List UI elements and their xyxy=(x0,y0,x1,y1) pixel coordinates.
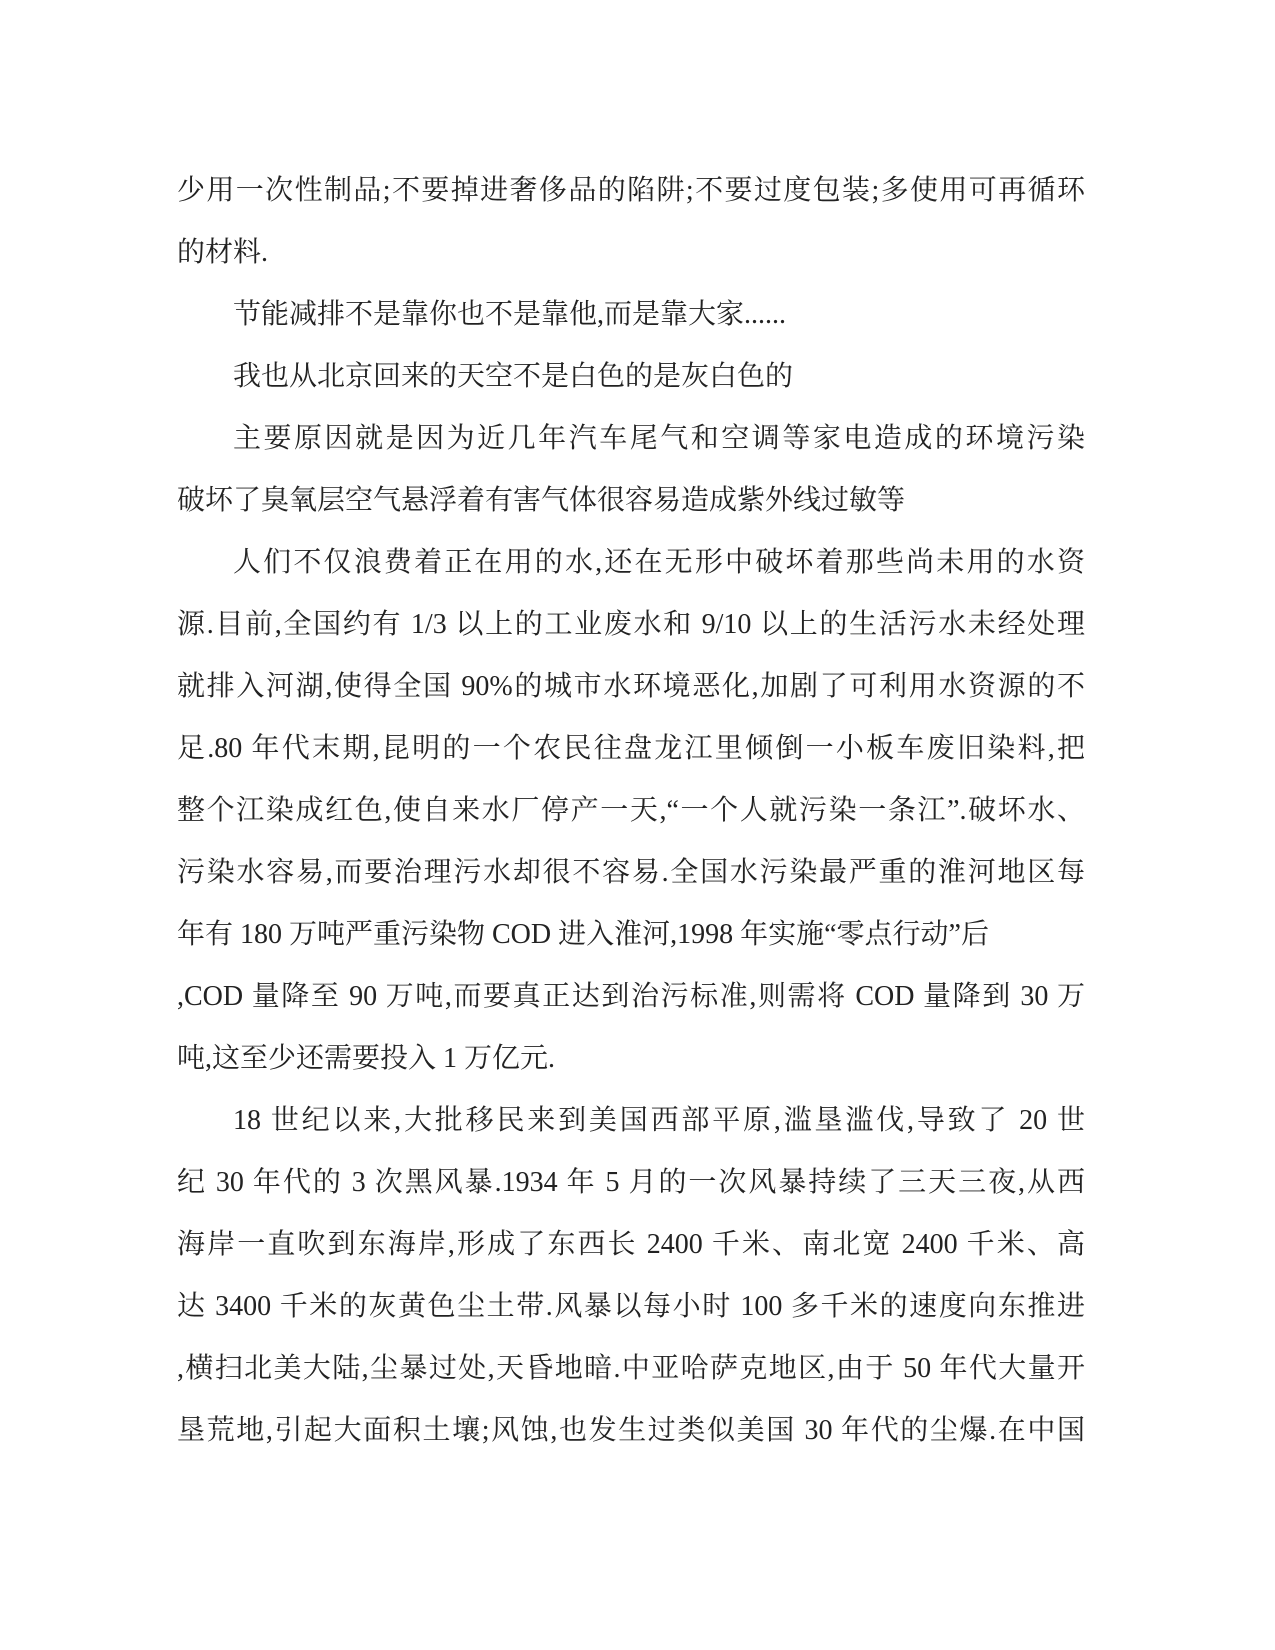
text-line: 污染水容易,而要治理污水却很不容易.全国水污染最严重的淮河地区每 xyxy=(177,842,1085,904)
text-line: 年有 180 万吨严重污染物 COD 进入淮河,1998 年实施“零点行动”后 xyxy=(177,904,1085,966)
text-line: 我也从北京回来的天空不是白色的是灰白色的 xyxy=(177,346,1085,408)
text-line: 就排入河湖,使得全国 90%的城市水环境恶化,加剧了可利用水资源的不 xyxy=(177,656,1085,718)
text-line: 节能减排不是靠你也不是靠他,而是靠大家...... xyxy=(177,284,1085,346)
text-line: ,COD 量降至 90 万吨,而要真正达到治污标准,则需将 COD 量降到 30… xyxy=(177,966,1085,1028)
text-line: 的材料. xyxy=(177,222,1085,284)
text-line: 主要原因就是因为近几年汽车尾气和空调等家电造成的环境污染 xyxy=(177,408,1085,470)
text-line: ,横扫北美大陆,尘暴过处,天昏地暗.中亚哈萨克地区,由于 50 年代大量开 xyxy=(177,1338,1085,1400)
text-line: 吨,这至少还需要投入 1 万亿元. xyxy=(177,1028,1085,1090)
text-line: 人们不仅浪费着正在用的水,还在无形中破坏着那些尚未用的水资 xyxy=(177,532,1085,594)
text-line: 破坏了臭氧层空气悬浮着有害气体很容易造成紫外线过敏等 xyxy=(177,470,1085,532)
text-line: 海岸一直吹到东海岸,形成了东西长 2400 千米、南北宽 2400 千米、高 xyxy=(177,1214,1085,1276)
text-line: 源.目前,全国约有 1/3 以上的工业废水和 9/10 以上的生活污水未经处理 xyxy=(177,594,1085,656)
text-line: 纪 30 年代的 3 次黑风暴.1934 年 5 月的一次风暴持续了三天三夜,从… xyxy=(177,1152,1085,1214)
document-page: 少用一次性制品;不要掉进奢侈品的陷阱;不要过度包装;多使用可再循环的材料.节能减… xyxy=(0,0,1275,1650)
text-line: 整个江染成红色,使自来水厂停产一天,“一个人就污染一条江”.破坏水、 xyxy=(177,780,1085,842)
text-line: 垦荒地,引起大面积土壤;风蚀,也发生过类似美国 30 年代的尘爆.在中国 xyxy=(177,1400,1085,1462)
text-line: 足.80 年代末期,昆明的一个农民往盘龙江里倾倒一小板车废旧染料,把 xyxy=(177,718,1085,780)
text-line: 达 3400 千米的灰黄色尘土带.风暴以每小时 100 多千米的速度向东推进 xyxy=(177,1276,1085,1338)
text-line: 少用一次性制品;不要掉进奢侈品的陷阱;不要过度包装;多使用可再循环 xyxy=(177,160,1085,222)
text-line: 18 世纪以来,大批移民来到美国西部平原,滥垦滥伐,导致了 20 世 xyxy=(177,1090,1085,1152)
text-block: 少用一次性制品;不要掉进奢侈品的陷阱;不要过度包装;多使用可再循环的材料.节能减… xyxy=(177,160,1085,1462)
